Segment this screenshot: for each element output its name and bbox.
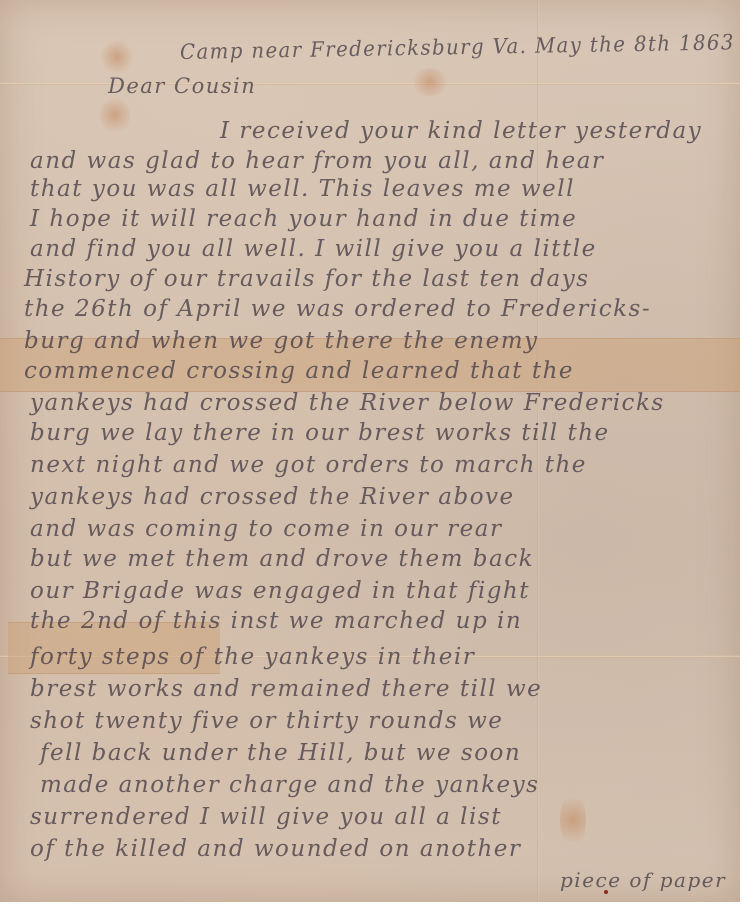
body-line: surrendered I will give you all a list: [30, 804, 502, 830]
body-line: commenced crossing and learned that the: [24, 358, 574, 384]
red-ink-dot: [604, 890, 608, 894]
rust-stain: [410, 68, 450, 96]
body-line: and was coming to come in our rear: [30, 516, 502, 542]
body-line: I hope it will reach your hand in due ti…: [30, 206, 577, 232]
rust-stain: [100, 40, 134, 74]
body-line: burg and when we got there the enemy: [24, 328, 539, 354]
rust-stain: [560, 790, 586, 850]
body-line: fell back under the Hill, but we soon: [40, 740, 521, 766]
letter-paper: Camp near Fredericksburg Va. May the 8th…: [0, 0, 740, 902]
body-line: yankeys had crossed the River above: [30, 484, 515, 510]
body-line: but we met them and drove them back: [30, 546, 534, 572]
salutation: Dear Cousin: [108, 74, 256, 98]
body-line: next night and we got orders to march th…: [30, 452, 587, 478]
body-line: and find you all well. I will give you a…: [30, 236, 597, 262]
body-line: made another charge and the yankeys: [40, 772, 539, 798]
footer-note: piece of paper: [560, 868, 726, 892]
body-line: burg we lay there in our brest works til…: [30, 420, 610, 446]
body-line: I received your kind letter yesterday: [220, 118, 702, 144]
rust-stain: [100, 95, 130, 135]
body-line: shot twenty five or thirty rounds we: [30, 708, 503, 734]
body-line: and was glad to hear from you all, and h…: [30, 148, 604, 174]
body-line: that you was all well. This leaves me we…: [30, 176, 575, 202]
body-line: forty steps of the yankeys in their: [30, 644, 475, 670]
body-line: brest works and remained there till we: [30, 676, 542, 702]
dateline: Camp near Fredericksburg Va. May the 8th…: [180, 30, 735, 64]
body-line: yankeys had crossed the River below Fred…: [30, 390, 665, 416]
body-line: the 26th of April we was ordered to Fred…: [24, 296, 651, 322]
body-line: of the killed and wounded on another: [30, 836, 521, 862]
body-line: our Brigade was engaged in that fight: [30, 578, 530, 604]
body-line: the 2nd of this inst we marched up in: [30, 608, 522, 634]
body-line: History of our travails for the last ten…: [24, 266, 590, 292]
